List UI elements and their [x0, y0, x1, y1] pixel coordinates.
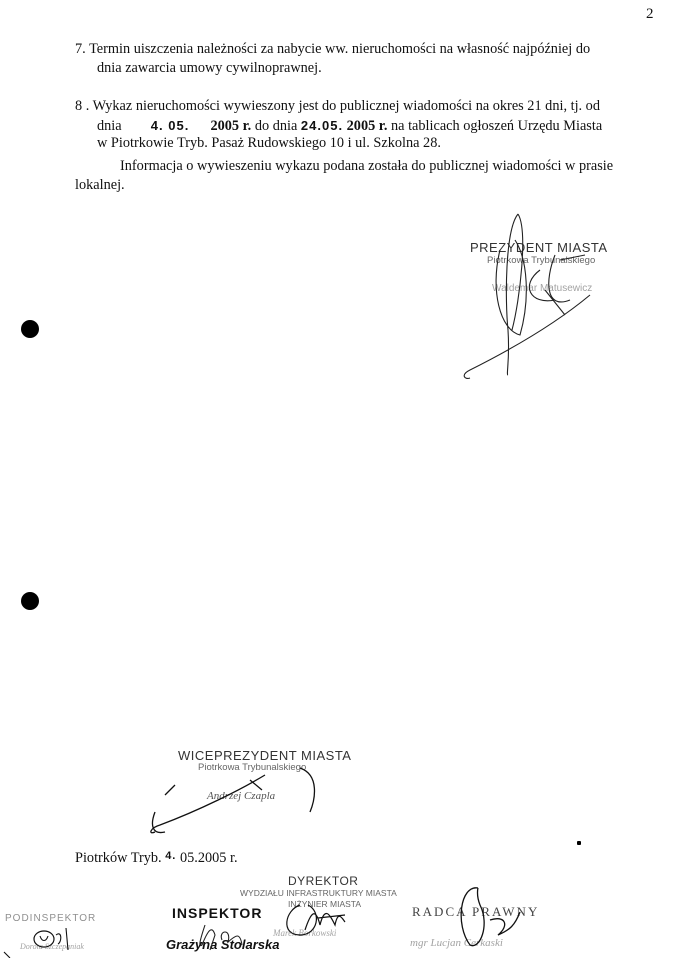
left-stamp-signature-icon	[0, 0, 700, 958]
